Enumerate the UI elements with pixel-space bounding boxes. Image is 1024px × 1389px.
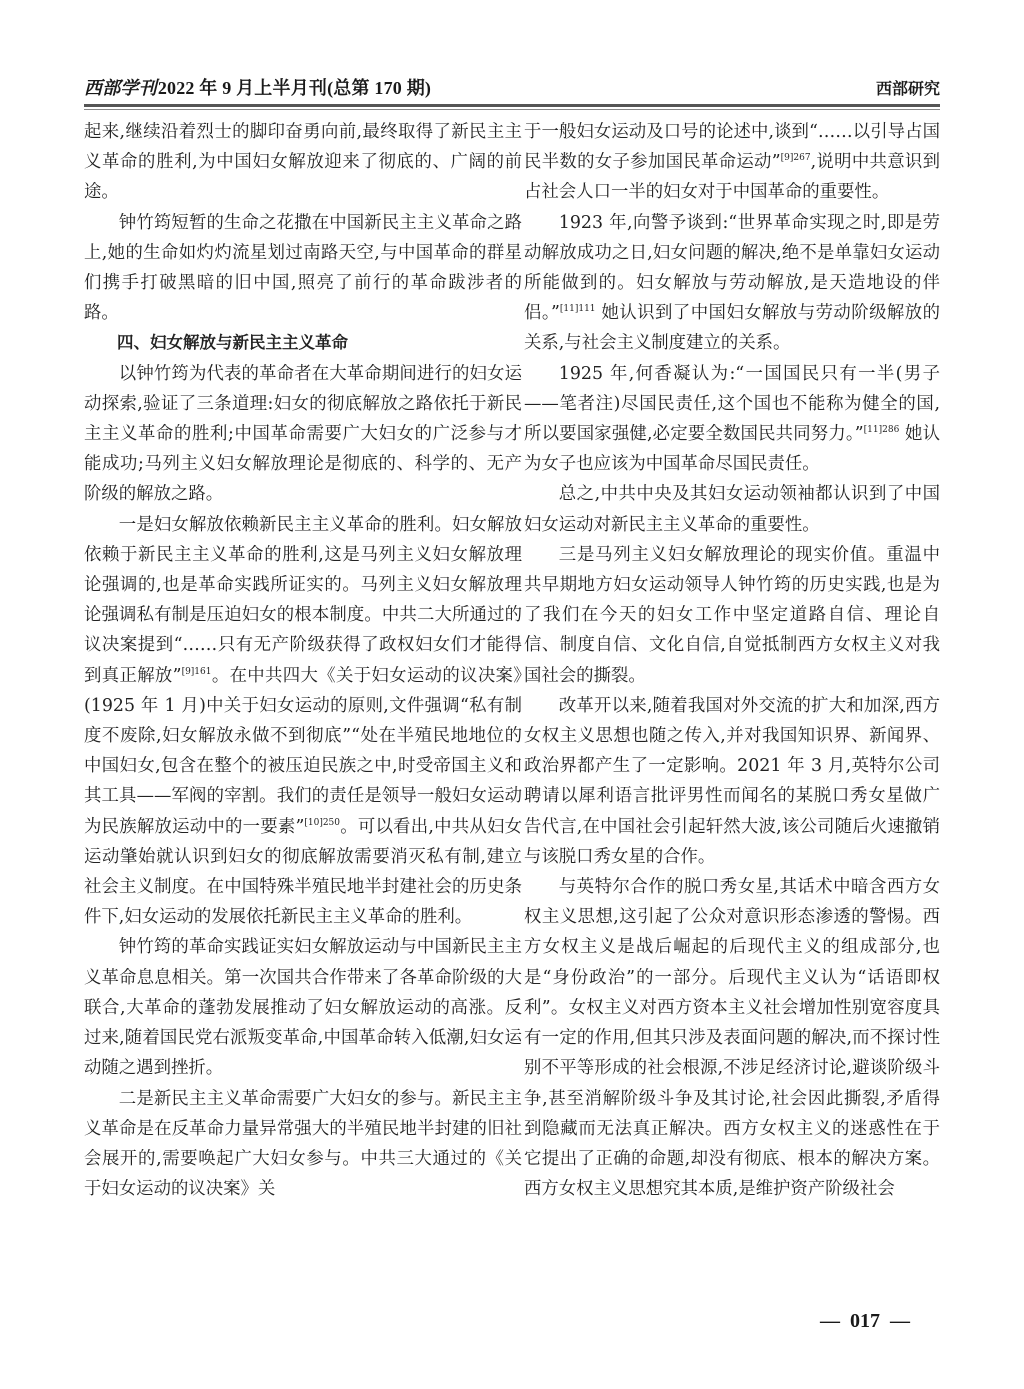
citation: [11]111 [560,304,596,314]
section-label: 西部研究 [876,76,940,99]
paragraph: 以钟竹筠为代表的革命者在大革命期间进行的妇女运动探索,验证了三条道理:妇女的彻底… [84,359,522,510]
paragraph: 与英特尔合作的脱口秀女星,其话术中暗含西方女权主义思想,这引起了公众对意识形态渗… [524,872,940,1204]
journal-page: 西部学刊2022 年 9 月上半月刊(总第 170 期) 西部研究 起来,继续沿… [0,0,1024,1389]
paragraph: 总之,中共中央及其妇女运动领袖都认识到了中国妇女运动对新民主主义革命的重要性。 [524,479,940,539]
citation: [10]250 [304,818,340,828]
paragraph: 1923 年,向警予谈到:“世界革命实现之时,即是劳动解放成功之日,妇女问题的解… [524,208,940,359]
dash-right: — [890,1310,910,1332]
paragraph: 钟竹筠短暂的生命之花撒在中国新民主主义革命之路上,她的生命如灼灼流星划过南路天空… [84,208,522,329]
citation: [11]286 [864,425,900,435]
page-number: 017 [850,1310,880,1332]
paragraph: 改革开以来,随着我国对外交流的扩大和加深,西方女权主义思想也随之传入,并对我国知… [524,691,940,872]
citation: [9]161 [182,667,212,677]
dash-left: — [820,1310,840,1332]
citation: [9]267 [781,153,811,163]
journal-issue-line: 西部学刊2022 年 9 月上半月刊(总第 170 期) [84,74,431,100]
paragraph: 二是新民主主义革命需要广大妇女的参与。新民主主义革命是在反革命力量异常强大的半殖… [84,1084,522,1205]
running-header: 西部学刊2022 年 9 月上半月刊(总第 170 期) 西部研究 [84,70,940,110]
paragraph-text: 一是妇女解放依赖新民主主义革命的胜利。妇女解放依赖于新民主主义革命的胜利,这是马… [84,515,522,686]
paragraph-continuation: 起来,继续沿着烈士的脚印奋勇向前,最终取得了新民主主义革命的胜利,为中国妇女解放… [84,117,522,208]
header-rule-thin [84,109,940,110]
right-column: 于一般妇女运动及口号的论述中,谈到“……以引导占国民半数的女子参加国民革命运动”… [524,117,940,1204]
paragraph: 1925 年,何香凝认为:“一国国民只有一半(男子——笔者注)尽国民责任,这个国… [524,359,940,480]
paragraph: 钟竹筠的革命实践证实妇女解放运动与中国新民主主义革命息息相关。第一次国共合作带来… [84,932,522,1083]
paragraph: 三是马列主义妇女解放理论的现实价值。重温中共早期地方妇女运动领导人钟竹筠的历史实… [524,540,940,691]
left-column: 起来,继续沿着烈士的脚印奋勇向前,最终取得了新民主主义革命的胜利,为中国妇女解放… [84,117,522,1204]
paragraph-continuation: 于一般妇女运动及口号的论述中,谈到“……以引导占国民半数的女子参加国民革命运动”… [524,117,940,208]
journal-logo: 西部学刊 [84,78,157,99]
paragraph: 一是妇女解放依赖新民主主义革命的胜利。妇女解放依赖于新民主主义革命的胜利,这是马… [84,510,522,933]
paragraph-text: 。在中共四大《关于妇女运动的议决案》(1925 年 1 月)中关于妇女运动的原则… [84,666,522,837]
page-number-folio: — 017 — [820,1310,910,1333]
header-rule-thick [84,104,940,107]
issue-info: 2022 年 9 月上半月刊(总第 170 期) [158,78,431,98]
section-heading: 四、妇女解放与新民主主义革命 [84,328,522,358]
